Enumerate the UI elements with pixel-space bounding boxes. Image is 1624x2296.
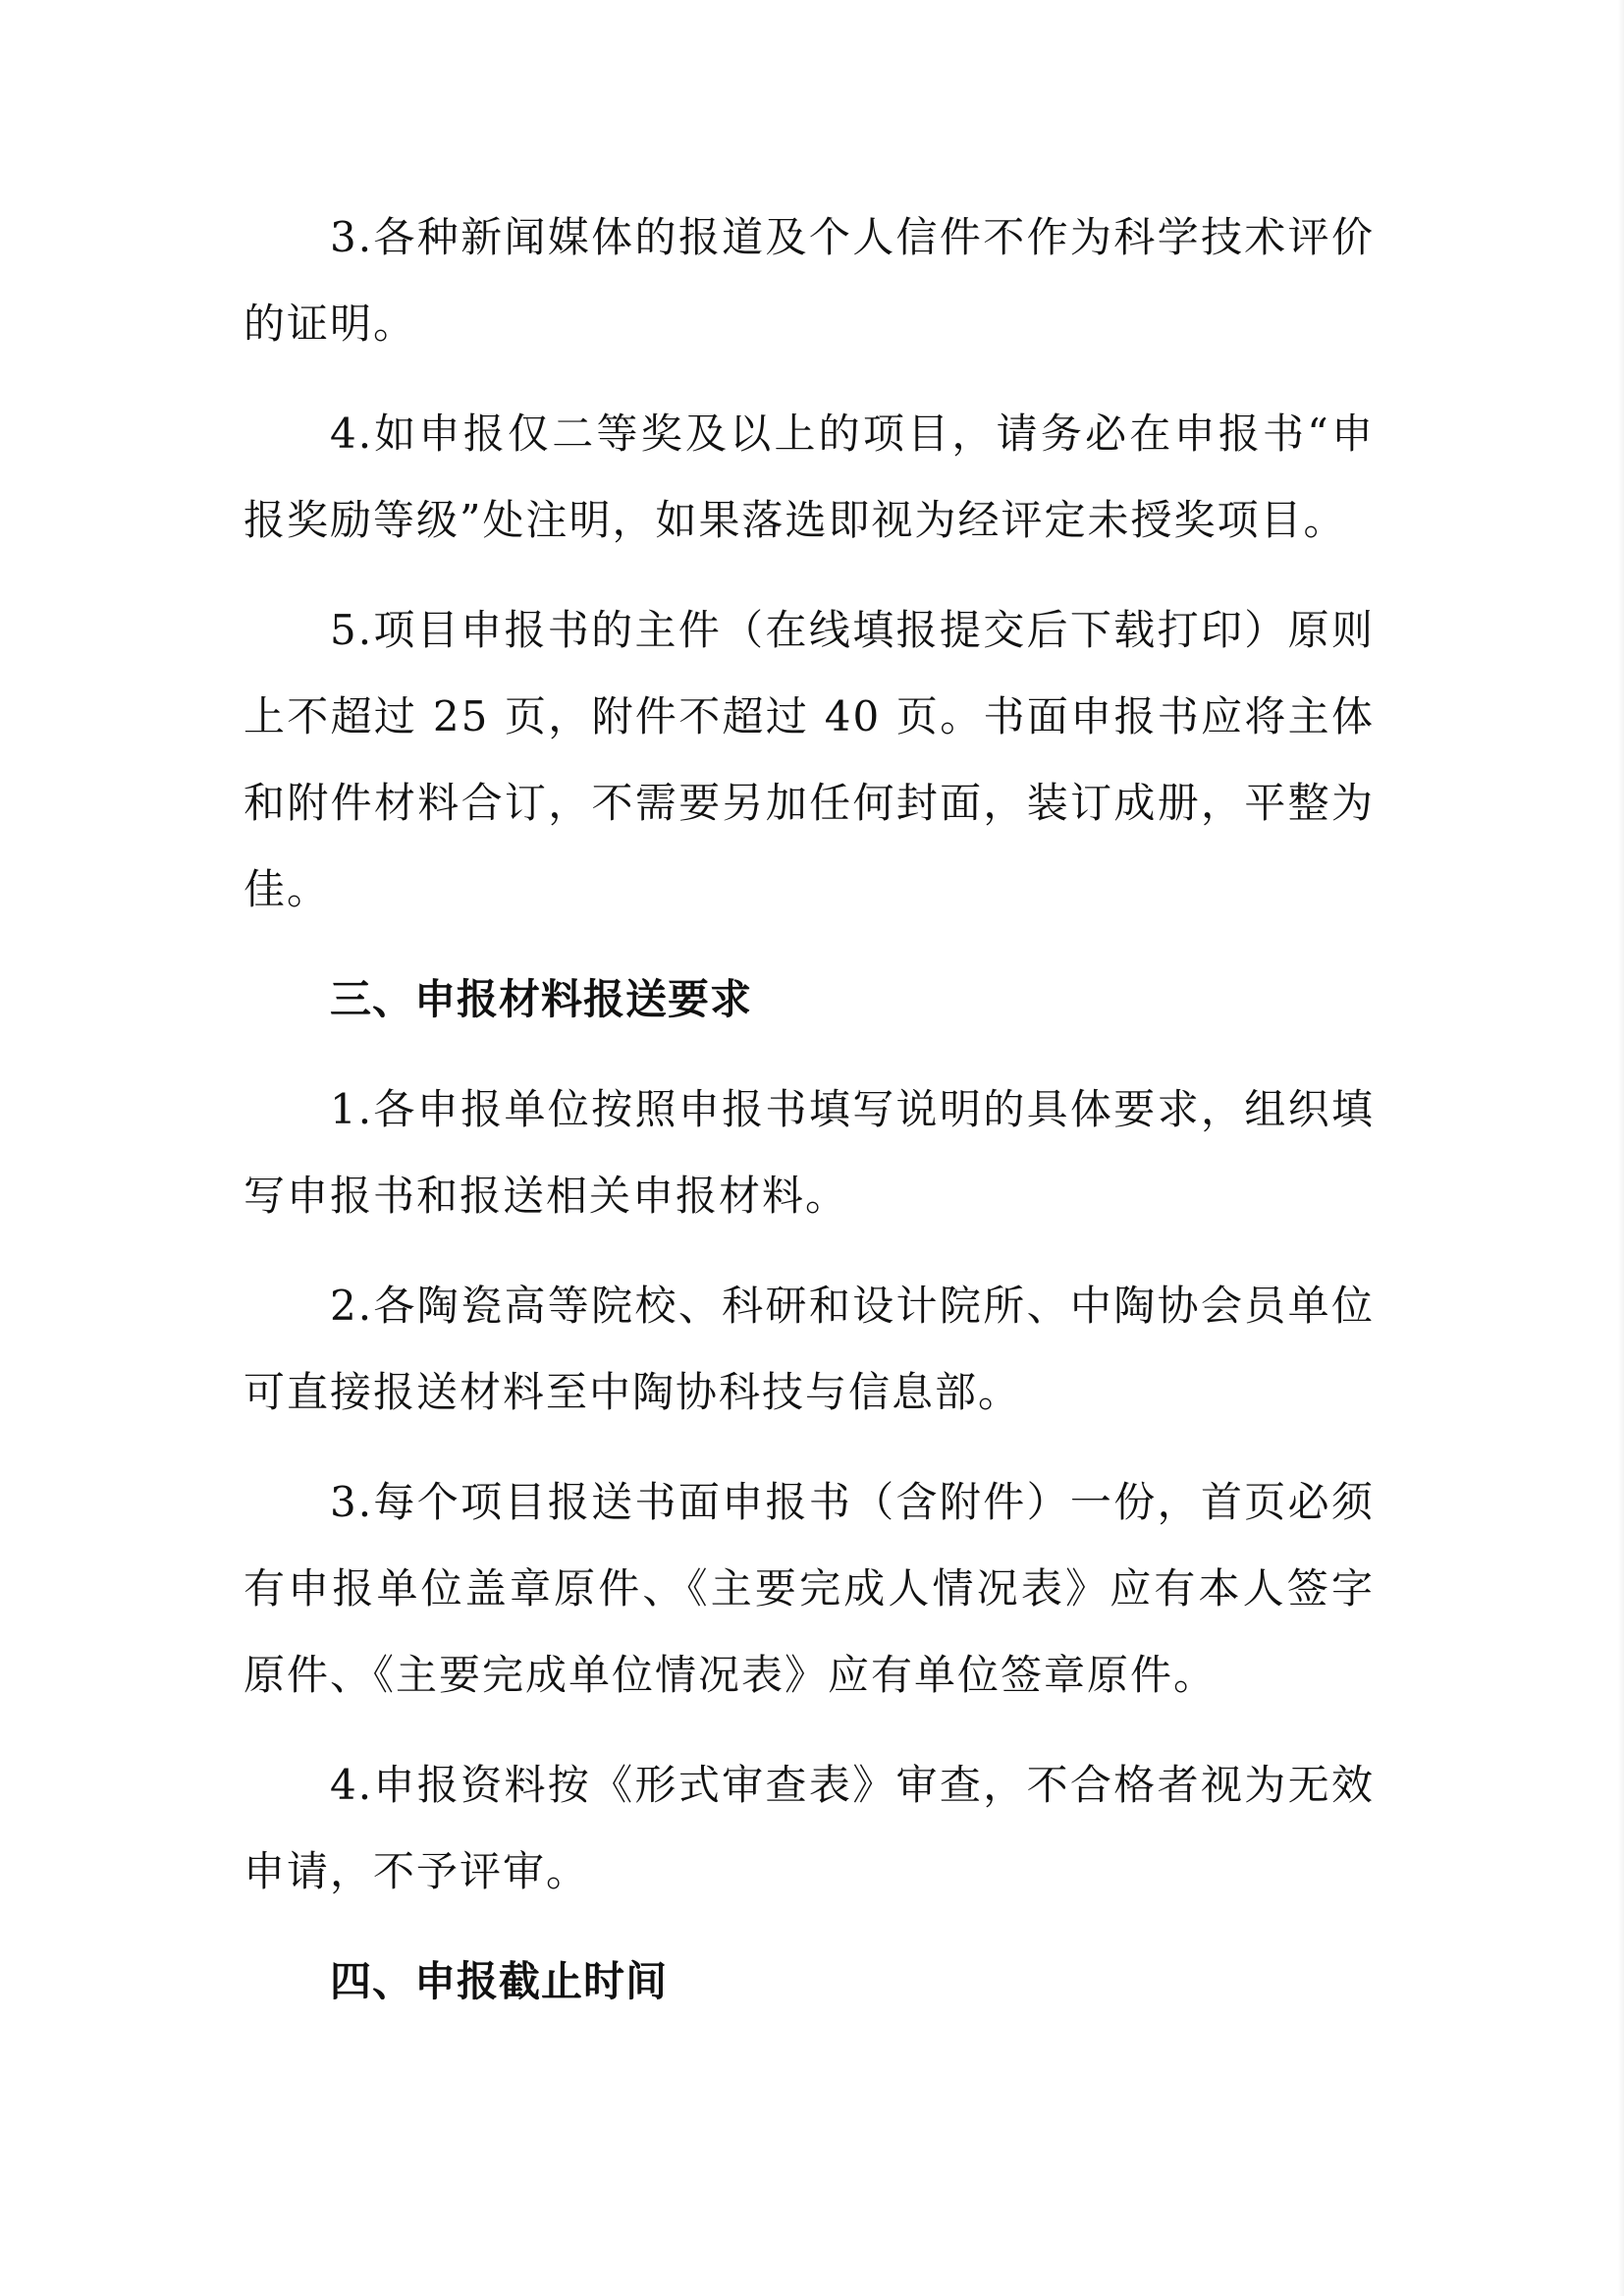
- paragraph-formal-review: 4.申报资料按《形式审查表》审查，不合格者视为无效申请，不予评审。: [244, 1742, 1375, 1915]
- paragraph-fill-application: 1.各申报单位按照申报书填写说明的具体要求，组织填写申报书和报送相关申报材料。: [244, 1066, 1375, 1239]
- paragraph-media-reports: 3.各种新闻媒体的报道及个人信件不作为科学技术评价的证明。: [244, 194, 1375, 367]
- section-heading-submission-requirements: 三、申报材料报送要求: [244, 957, 1375, 1043]
- paragraph-copies-signatures: 3.每个项目报送书面申报书（含附件）一份，首页必须有申报单位盖章原件、《主要完成…: [244, 1459, 1375, 1719]
- paragraph-page-limits: 5.项目申报书的主件（在线填报提交后下载打印）原则上不超过 25 页，附件不超过…: [244, 587, 1375, 933]
- document-page: 3.各种新闻媒体的报道及个人信件不作为科学技术评价的证明。 4.如申报仅二等奖及…: [244, 194, 1375, 2049]
- paragraph-direct-submission: 2.各陶瓷高等院校、科研和设计院所、中陶协会员单位可直接报送材料至中陶协科技与信…: [244, 1263, 1375, 1436]
- paragraph-award-level: 4.如申报仅二等奖及以上的项目，请务必在申报书“申报奖励等级”处注明，如果落选即…: [244, 391, 1375, 564]
- section-heading-deadline: 四、申报截止时间: [244, 1939, 1375, 2025]
- scan-edge-shadow: [1618, 0, 1624, 2296]
